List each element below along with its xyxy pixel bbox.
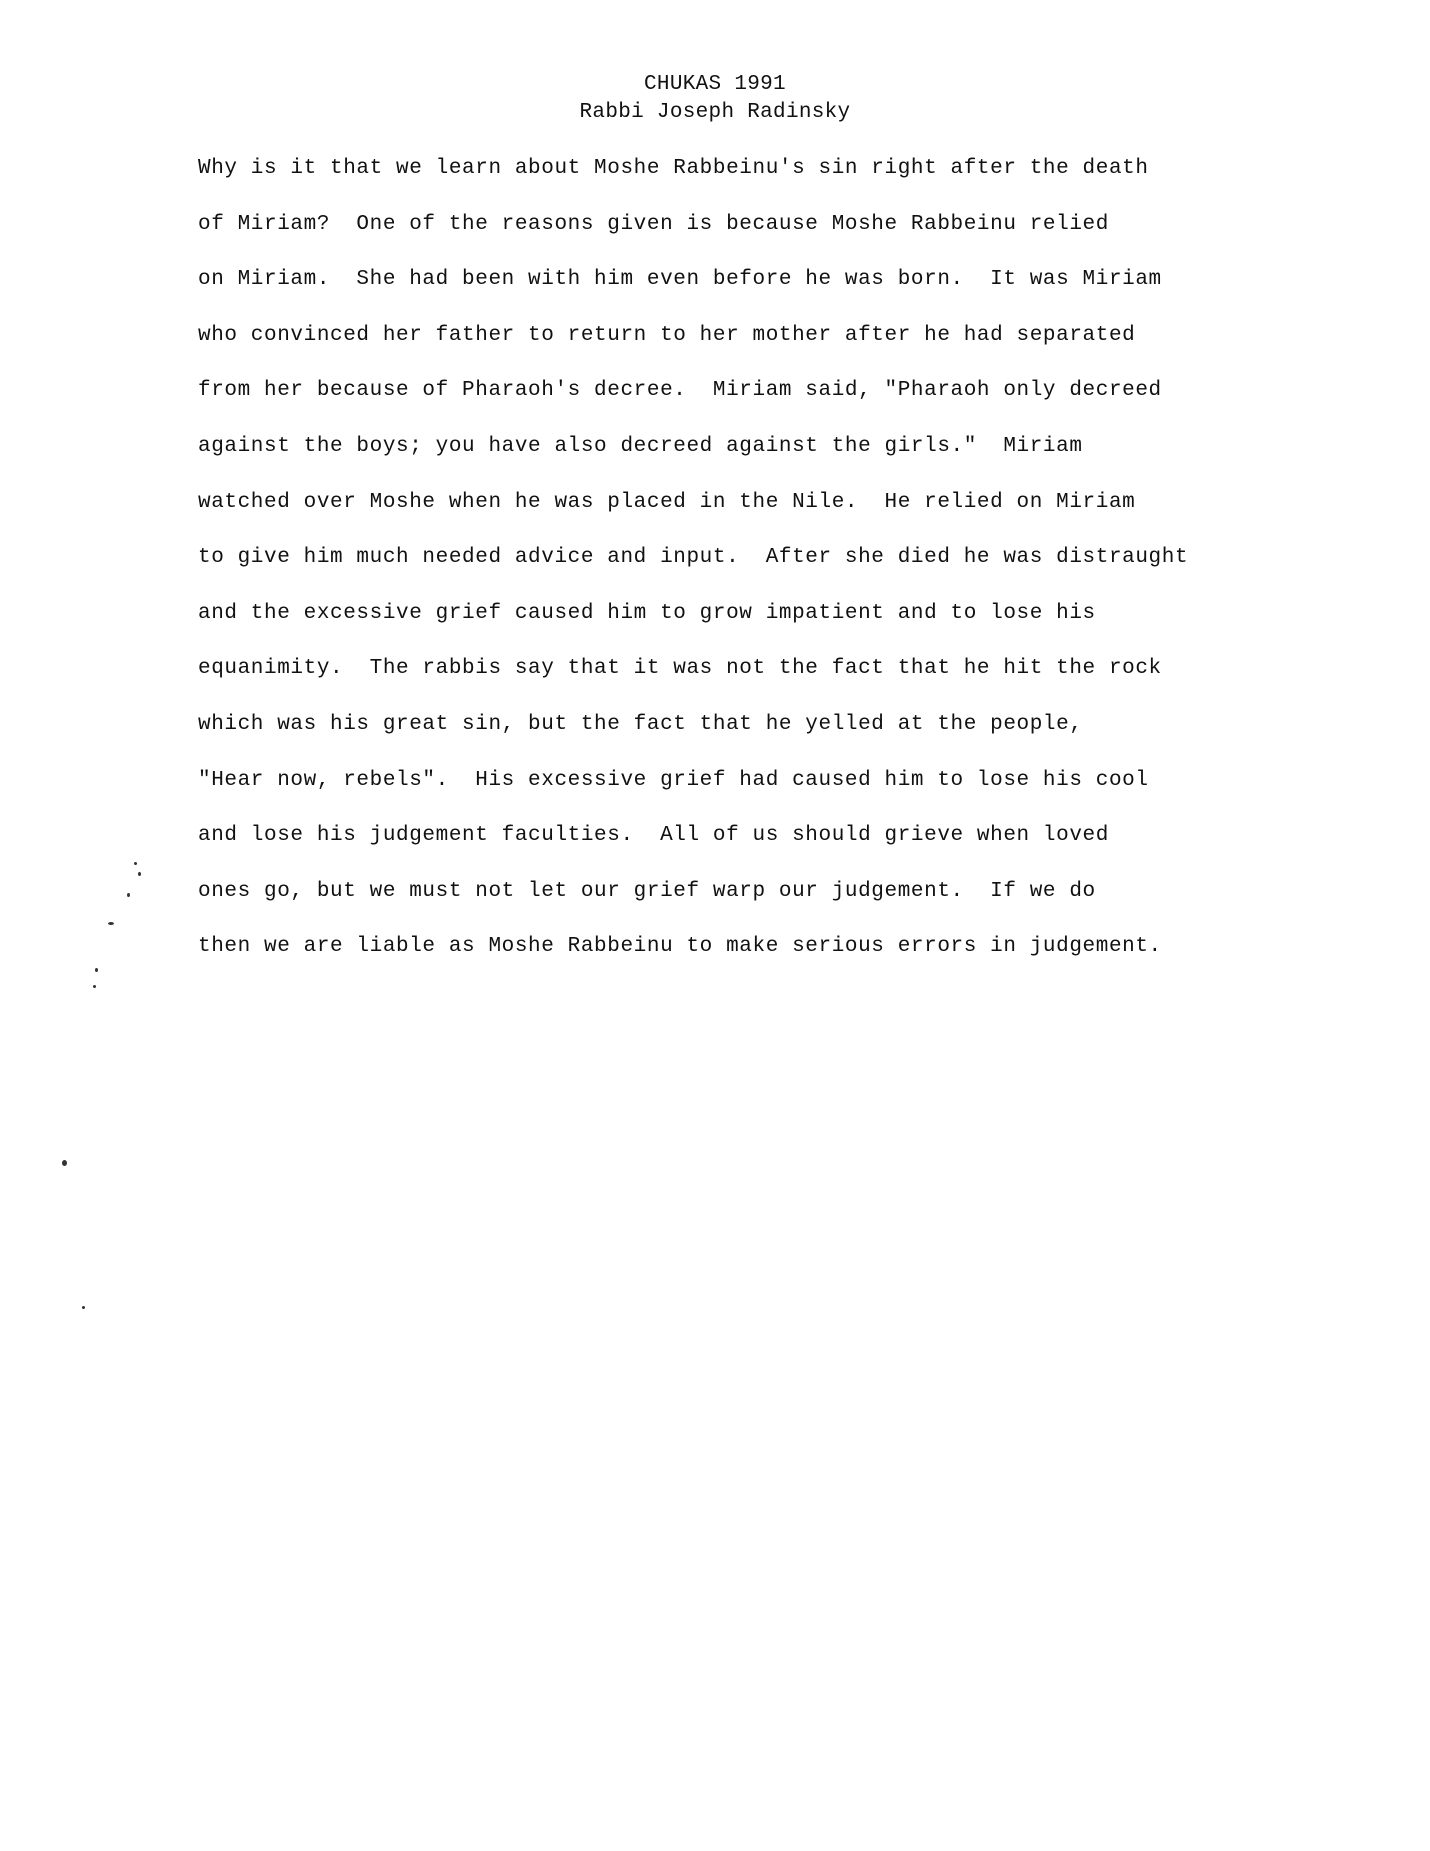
scan-speck	[108, 922, 114, 925]
scan-speck	[62, 1160, 67, 1166]
body-line: from her because of Pharaoh's decree. Mi…	[198, 378, 1298, 434]
body-line: and lose his judgement faculties. All of…	[198, 823, 1298, 879]
body-line: which was his great sin, but the fact th…	[198, 712, 1298, 768]
scan-speck	[127, 893, 130, 897]
body-line: ones go, but we must not let our grief w…	[198, 879, 1298, 935]
body-line: to give him much needed advice and input…	[198, 545, 1298, 601]
body-line: who convinced her father to return to he…	[198, 323, 1298, 379]
document-author: Rabbi Joseph Radinsky	[0, 101, 1430, 124]
scan-speck	[138, 872, 141, 876]
body-line: "Hear now, rebels". His excessive grief …	[198, 768, 1298, 824]
document-title: CHUKAS 1991	[0, 73, 1430, 96]
body-line: against the boys; you have also decreed …	[198, 434, 1298, 490]
scan-speck	[95, 968, 98, 972]
scan-speck	[82, 1306, 85, 1309]
body-line: of Miriam? One of the reasons given is b…	[198, 212, 1298, 268]
body-line: and the excessive grief caused him to gr…	[198, 601, 1298, 657]
body-line: on Miriam. She had been with him even be…	[198, 267, 1298, 323]
document-body: Why is it that we learn about Moshe Rabb…	[198, 156, 1298, 990]
scan-speck	[93, 985, 96, 988]
body-line: Why is it that we learn about Moshe Rabb…	[198, 156, 1298, 212]
scan-speck	[134, 862, 137, 865]
body-line: watched over Moshe when he was placed in…	[198, 490, 1298, 546]
body-line: equanimity. The rabbis say that it was n…	[198, 656, 1298, 712]
document-page: CHUKAS 1991 Rabbi Joseph Radinsky Why is…	[0, 0, 1430, 1851]
body-line: then we are liable as Moshe Rabbeinu to …	[198, 934, 1298, 990]
